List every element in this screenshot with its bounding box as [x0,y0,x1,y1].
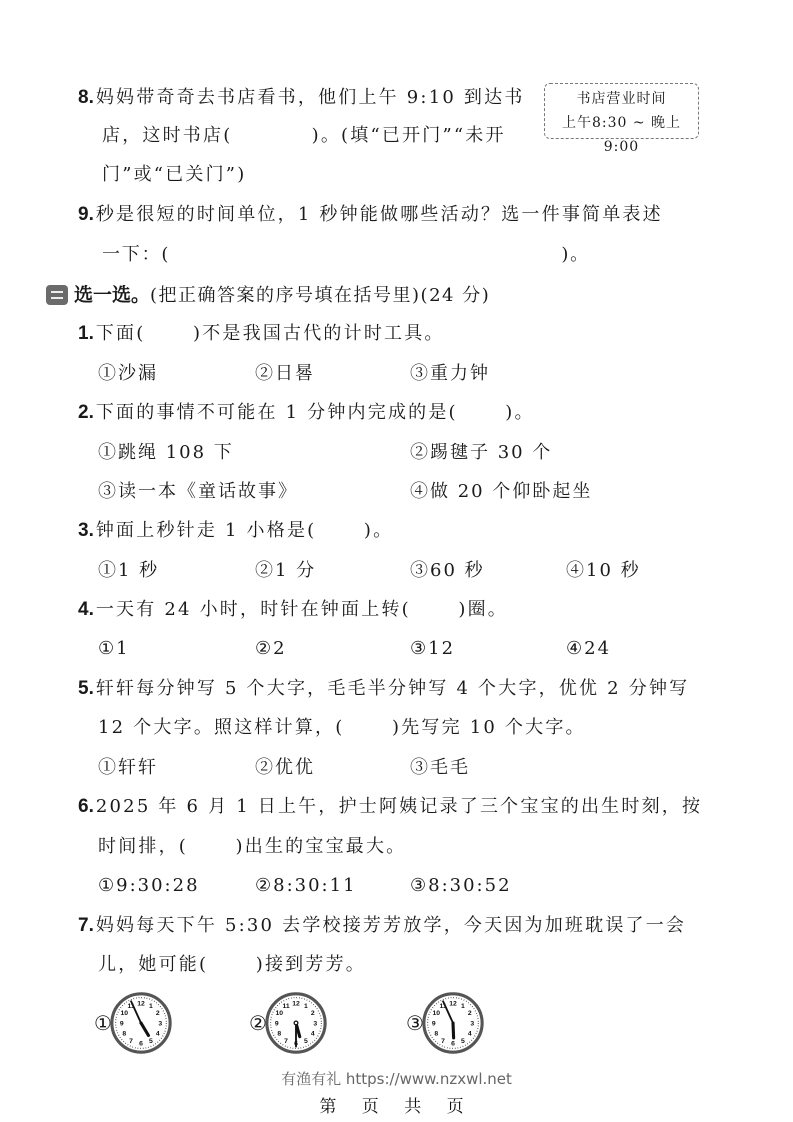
q4-option-2: ②2 [255,637,287,661]
q3-number: 3. [78,520,94,541]
q1-option-3: ③重力钟 [410,362,490,386]
q8-number: 8. [78,87,94,108]
footer-page-number: 第 页 共 页 [0,1092,793,1117]
q1-option-1: ①沙漏 [98,362,158,386]
svg-text:8: 8 [122,1030,126,1037]
section-two-badge-icon [46,285,68,305]
q7-option-2: ② 1212345 67891011 [249,992,327,1054]
q9-line-2: 一下：( )。 [102,243,590,267]
q4-option-3: ③12 [410,637,455,661]
svg-text:2: 2 [468,1010,472,1017]
svg-text:1: 1 [461,1003,465,1010]
q3-text: 钟面上秒针走 1 小格是( )。 [96,520,393,541]
q2-line-1: 2.下面的事情不可能在 1 分钟内完成的是( )。 [78,401,535,425]
svg-text:8: 8 [434,1030,438,1037]
q4-text: 一天有 24 小时，时针在钟面上转( )圈。 [96,599,508,620]
svg-text:7: 7 [441,1038,445,1045]
q6-option-1: ①9:30:28 [98,874,200,898]
section-title-bold: 选一选。 [74,284,150,306]
q7-option-1: ① 1212345 67891011 [94,992,172,1054]
svg-text:3: 3 [313,1020,317,1027]
q6-option-3: ③8:30:52 [410,874,512,898]
svg-text:10: 10 [432,1010,440,1017]
q2-option-3: ③读一本《童话故事》 [98,480,298,504]
bookstore-hours-box: 书店营业时间 上午8:30 ~ 晚上9:00 [544,83,699,139]
svg-text:1: 1 [149,1003,153,1010]
clock-icon-555: 1212345 67891011 [422,992,484,1054]
svg-text:3: 3 [158,1020,162,1027]
svg-text:4: 4 [156,1030,160,1037]
q5-option-2: ②优优 [255,756,315,780]
svg-text:5: 5 [304,1038,308,1045]
q8-line-2: 店，这时书店( )。(填“已开门”“未开 [102,124,506,148]
svg-text:4: 4 [468,1030,472,1037]
q7-option-3: ③ 1212345 67891011 [406,992,484,1054]
q9-text-1: 秒是很短的时间单位，1 秒钟能做哪些活动？选一件事简单表述 [96,204,663,225]
q3-option-4: ④10 秒 [566,559,641,583]
svg-text:7: 7 [129,1038,133,1045]
q7-line-1: 7.妈妈每天下午 5:30 去学校接芳芳放学，今天因为加班耽误了一会 [78,914,686,938]
q3-line-1: 3.钟面上秒针走 1 小格是( )。 [78,519,393,543]
q8-line-3: 门”或“已关门”) [102,163,246,187]
q4-option-1: ①1 [98,637,130,661]
q1-option-2: ②日晷 [255,362,315,386]
svg-text:8: 8 [277,1030,281,1037]
svg-text:9: 9 [432,1020,436,1027]
q2-option-2: ②踢毽子 30 个 [410,441,552,465]
q6-line-2: 时间排，( )出生的宝宝最大。 [98,835,406,859]
q2-text: 下面的事情不可能在 1 分钟内完成的是( )。 [96,402,535,423]
q9-line-1: 9.秒是很短的时间单位，1 秒钟能做哪些活动？选一件事简单表述 [78,203,663,227]
svg-text:6: 6 [451,1040,455,1047]
svg-text:11: 11 [282,1003,289,1010]
q1-text: 下面( )不是我国古代的计时工具。 [96,323,445,344]
q4-option-4: ④24 [566,637,611,661]
q6-line-1: 6.2025 年 6 月 1 日上午，护士阿姨记录了三个宝宝的出生时刻，按 [78,795,702,819]
q5-number: 5. [78,678,94,699]
q5-option-1: ①轩轩 [98,756,158,780]
svg-text:12: 12 [137,1001,145,1008]
bookstore-hours-value: 上午8:30 ~ 晚上9:00 [545,111,698,159]
svg-text:9: 9 [120,1020,124,1027]
svg-text:3: 3 [470,1020,474,1027]
clock-icon-455: 1212345 67891011 [110,992,172,1054]
q5-line-1: 5.轩轩每分钟写 5 个大字，毛毛半分钟写 4 个大字，优优 2 分钟写 [78,677,689,701]
q5-text-1: 轩轩每分钟写 5 个大字，毛毛半分钟写 4 个大字，优优 2 分钟写 [96,678,689,699]
svg-text:12: 12 [449,1001,457,1008]
q5-option-3: ③毛毛 [410,756,470,780]
svg-text:1: 1 [304,1003,308,1010]
q1-number: 1. [78,323,94,344]
q7-line-2: 儿，她可能( )接到芳芳。 [98,953,366,977]
section-title: 选一选。(把正确答案的序号填在括号里)(24 分) [74,283,490,308]
q3-option-1: ①1 秒 [98,559,159,583]
q6-option-2: ②8:30:11 [255,874,357,898]
svg-text:4: 4 [311,1030,315,1037]
q8-text-1: 妈妈带奇奇去书店看书，他们上午 9:10 到达书 [96,87,525,108]
svg-text:10: 10 [275,1010,283,1017]
svg-text:9: 9 [275,1020,279,1027]
svg-text:12: 12 [292,1001,300,1008]
q8-line-1: 8.妈妈带奇奇去书店看书，他们上午 9:10 到达书 [78,86,525,110]
svg-text:2: 2 [156,1010,160,1017]
q6-number: 6. [78,796,94,817]
q4-number: 4. [78,599,94,620]
svg-text:2: 2 [311,1010,315,1017]
bookstore-hours-title: 书店营业时间 [545,87,698,111]
q2-number: 2. [78,402,94,423]
q3-option-3: ③60 秒 [410,559,485,583]
q9-number: 9. [78,204,94,225]
q5-line-2: 12 个大字。照这样计算，( )先写完 10 个大字。 [98,716,586,740]
q1-line-1: 1.下面( )不是我国古代的计时工具。 [78,322,445,346]
svg-text:5: 5 [149,1038,153,1045]
footer-watermark: 有渔有礼 https://www.nzxwl.net [0,1068,793,1089]
svg-text:6: 6 [139,1040,143,1047]
section-title-rest: (把正确答案的序号填在括号里)(24 分) [150,285,490,306]
q3-option-2: ②1 分 [255,559,316,583]
svg-text:10: 10 [120,1010,128,1017]
q7-number: 7. [78,915,94,936]
clock-icon-530: 1212345 67891011 [265,992,327,1054]
q4-line-1: 4.一天有 24 小时，时针在钟面上转( )圈。 [78,598,508,622]
q2-option-4: ④做 20 个仰卧起坐 [410,480,592,504]
q2-option-1: ①跳绳 108 下 [98,441,234,465]
svg-text:7: 7 [284,1038,288,1045]
q6-text-1: 2025 年 6 月 1 日上午，护士阿姨记录了三个宝宝的出生时刻，按 [96,796,702,817]
svg-text:5: 5 [461,1038,465,1045]
q7-text-1: 妈妈每天下午 5:30 去学校接芳芳放学，今天因为加班耽误了一会 [96,915,686,936]
